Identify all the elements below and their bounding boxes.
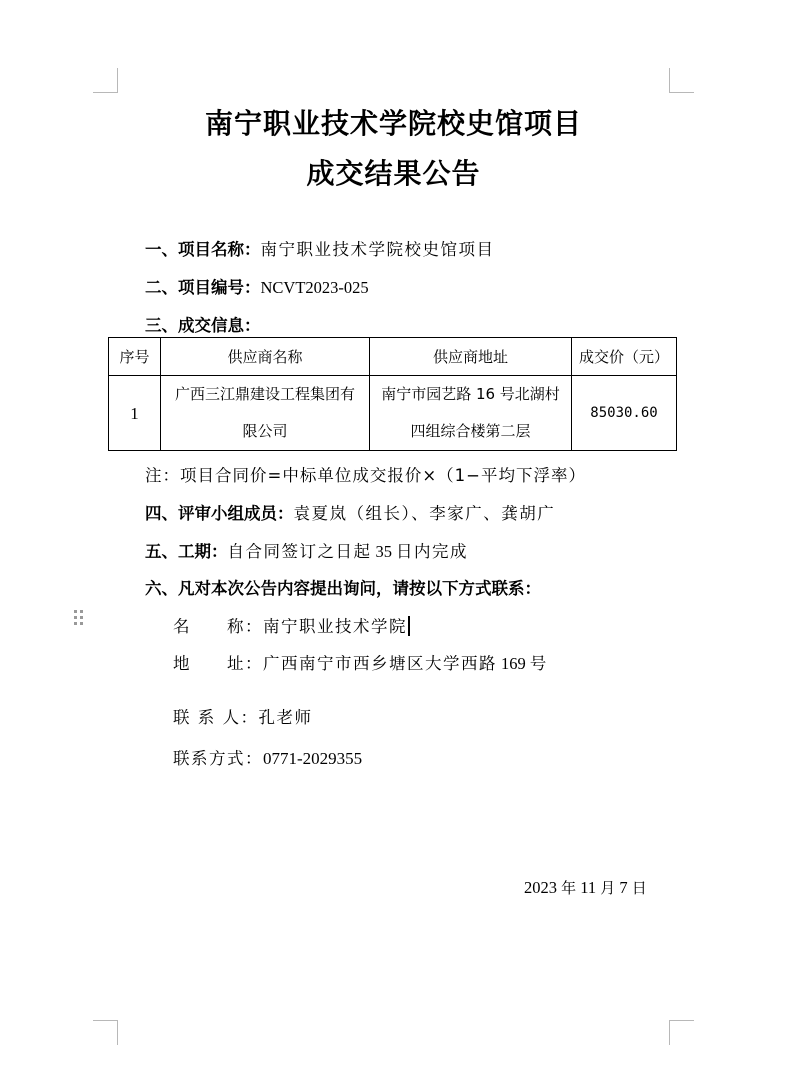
contact-person-label: 联 系 人： bbox=[173, 708, 259, 727]
date-year-unit: 年 bbox=[561, 879, 576, 897]
deal-info-label: 三、成交信息： bbox=[145, 316, 261, 335]
work-period-value-pre: 自合同签订之日起 bbox=[228, 542, 372, 561]
review-panel-line: 四、评审小组成员：袁夏岚（组长）、李家广、龚胡广 bbox=[145, 500, 555, 524]
cell-index: 1 bbox=[109, 376, 161, 451]
document-title-line1: 南宁职业技术学院校史馆项目 bbox=[0, 102, 787, 142]
page-corner-mark-bottom-left bbox=[93, 1020, 118, 1045]
supplier-address-line1: 南宁市园艺路 16 号北湖村 bbox=[370, 376, 571, 413]
project-name-value: 南宁职业技术学院校史馆项目 bbox=[261, 240, 495, 259]
date-month-unit: 月 bbox=[600, 879, 615, 897]
table-row: 1 广西三江鼎建设工程集团有 限公司 南宁市园艺路 16 号北湖村 四组综合楼第… bbox=[109, 376, 677, 451]
contact-name-line: 名 称：南宁职业技术学院 bbox=[173, 613, 410, 637]
date-year: 2023 bbox=[524, 878, 557, 897]
deal-info-line: 三、成交信息： bbox=[145, 312, 261, 336]
work-period-line: 五、工期：自合同签订之日起35日内完成 bbox=[145, 538, 468, 562]
cell-supplier-name: 广西三江鼎建设工程集团有 限公司 bbox=[161, 376, 370, 451]
contact-name-value: 南宁职业技术学院 bbox=[263, 617, 407, 636]
contact-address-label: 地 址： bbox=[173, 654, 263, 673]
page-corner-mark-top-right bbox=[669, 68, 694, 93]
header-deal-price: 成交价（元） bbox=[572, 338, 677, 376]
contact-address-line: 地 址：广西南宁市西乡塘区大学西路169号 bbox=[173, 650, 548, 674]
page-corner-mark-top-left bbox=[93, 68, 118, 93]
date-day: 7 bbox=[619, 878, 627, 897]
contact-phone-line: 联系方式：0771-2029355 bbox=[173, 745, 362, 769]
supplier-name-line1: 广西三江鼎建设工程集团有 bbox=[161, 376, 369, 413]
header-index: 序号 bbox=[109, 338, 161, 376]
contact-phone-label: 联系方式： bbox=[173, 749, 263, 768]
contact-phone-value: 0771-2029355 bbox=[263, 749, 362, 768]
project-number-label: 二、项目编号： bbox=[145, 278, 261, 297]
project-name-line: 一、项目名称：南宁职业技术学院校史馆项目 bbox=[145, 236, 495, 260]
date-day-unit: 日 bbox=[632, 879, 647, 897]
work-period-label: 五、工期： bbox=[145, 542, 228, 561]
cell-deal-price: 85030.60 bbox=[572, 376, 677, 451]
inquiry-line: 六、凡对本次公告内容提出询问，请按以下方式联系： bbox=[145, 575, 541, 599]
work-period-value-post: 日内完成 bbox=[396, 542, 468, 561]
document-title-line2: 成交结果公告 bbox=[0, 152, 787, 192]
contract-price-note: 注：项目合同价=中标单位成交报价×（1−平均下浮率） bbox=[145, 462, 586, 486]
contact-address-value-post: 号 bbox=[530, 654, 548, 673]
table-header-row: 序号 供应商名称 供应商地址 成交价（元） bbox=[109, 338, 677, 376]
supplier-address-line2: 四组综合楼第二层 bbox=[370, 413, 571, 450]
page-corner-mark-bottom-right bbox=[669, 1020, 694, 1045]
inquiry-label: 六、凡对本次公告内容提出询问，请按以下方式联系： bbox=[145, 579, 541, 598]
header-supplier-name: 供应商名称 bbox=[161, 338, 370, 376]
cell-supplier-address: 南宁市园艺路 16 号北湖村 四组综合楼第二层 bbox=[370, 376, 572, 451]
contact-person-line: 联 系 人：孔老师 bbox=[173, 704, 313, 728]
contact-address-value-pre: 广西南宁市西乡塘区大学西路 bbox=[263, 654, 497, 673]
text-cursor bbox=[408, 616, 410, 636]
date-month: 11 bbox=[580, 878, 596, 897]
review-panel-label: 四、评审小组成员： bbox=[145, 504, 294, 523]
announcement-date: 2023 年 11 月 7 日 bbox=[524, 877, 647, 898]
project-number-value: NCVT2023-025 bbox=[261, 278, 369, 297]
supplier-name-line2: 限公司 bbox=[161, 413, 369, 450]
review-panel-value: 袁夏岚（组长）、李家广、龚胡广 bbox=[294, 504, 556, 523]
work-period-days: 35 bbox=[376, 542, 393, 561]
header-supplier-address: 供应商地址 bbox=[370, 338, 572, 376]
contact-person-value: 孔老师 bbox=[259, 708, 313, 727]
project-number-line: 二、项目编号：NCVT2023-025 bbox=[145, 274, 369, 298]
deal-info-table: 序号 供应商名称 供应商地址 成交价（元） 1 广西三江鼎建设工程集团有 限公司… bbox=[108, 337, 677, 451]
contact-address-number: 169 bbox=[501, 654, 526, 673]
project-name-label: 一、项目名称： bbox=[145, 240, 261, 259]
drag-handle-icon[interactable] bbox=[74, 610, 84, 626]
contact-name-label: 名 称： bbox=[173, 617, 263, 636]
